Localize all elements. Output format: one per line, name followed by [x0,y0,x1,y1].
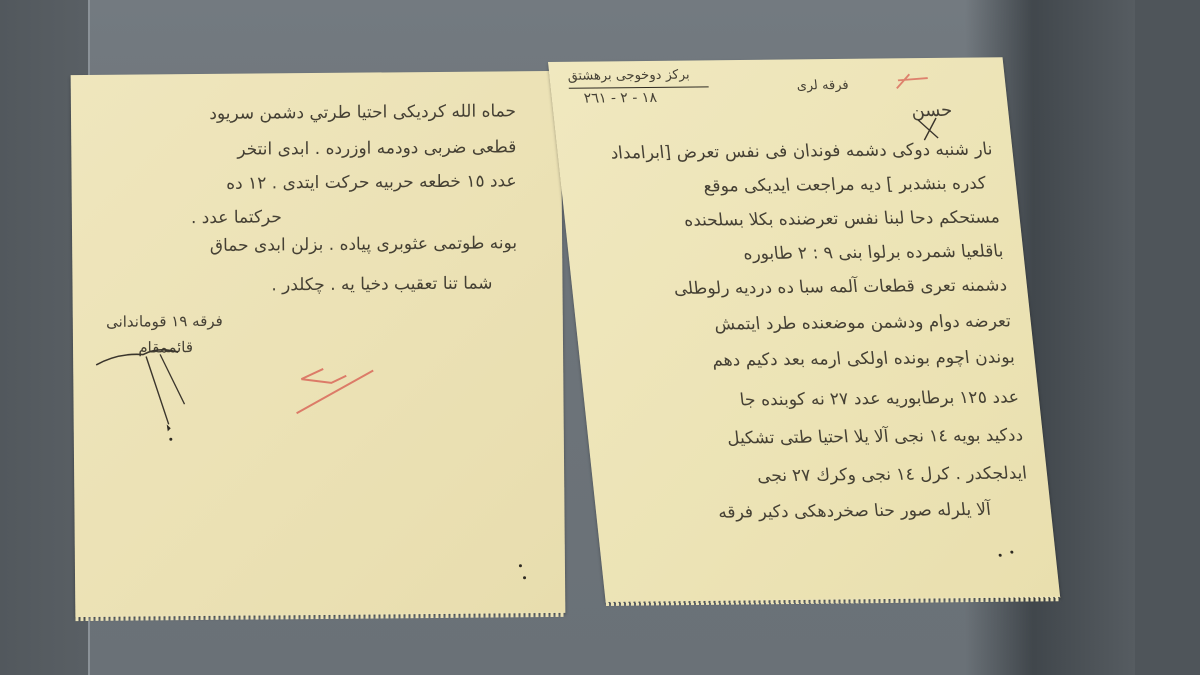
left-document-text: حماه الله كرديكى احتيا طرتي دشمن سريود ق… [101,89,521,93]
text-line: دشمنه تعرى قطعات آلمه سبا ده درديه رلوطل… [673,277,1008,297]
text-line: ددكيد بويه ١٤ نجى آلا يلا احتيا طتى تشكي… [726,427,1024,447]
signature-icon [88,344,199,445]
text-line: حماه الله كرديكى احتيا طرتي دشمن سريود [209,103,516,123]
header-title: بركز دوخوجى برهشتق [567,69,690,83]
text-line: كدره بنشدبر ] ديه مراجعت ايديكى موقع [702,176,987,196]
ink-dot [1010,551,1013,554]
ink-dot [519,564,522,567]
text-line: بونه طوتمى عثوبرى پياده . بزلن ابدى حماق [210,235,517,255]
text-line: تعرضه دوام ودشمن موضعنده طرد ايتمش [713,313,1011,333]
header-center: فرقه لرى [796,79,849,93]
text-line: قطعى ضربى دودمه اوزرده . ابدى انتخر [237,139,516,158]
text-line: حركتما عدد . [191,209,282,227]
signature-unit: فرقه ١٩ قوماندانى [106,314,223,330]
ink-dot [999,554,1002,557]
header-date: ١٨ - ٢ - ٢٦١ [583,91,657,106]
text-line: شما تنا تعقيب دخيا يه . چكلدر . [271,275,492,294]
text-line: ايدلجكدر . كرل ١٤ نجى وكرك ٢٧ نجى [756,465,1028,485]
text-line: مستحكم دحا لبنا نفس تعرضنده بكلا بسلحنده [683,209,1000,229]
red-check-mark-icon [291,360,382,421]
right-document: بركز دوخوجى برهشتق ١٨ - ٢ - ٢٦١ فرقه لرى… [548,57,1060,602]
text-line: باقلعيا شمرده برلوا بنى ٩ : ٢ طابوره [743,243,1005,263]
text-line: نار شنبه دوكى دشمه فوندان فى نفس تعرض [ا… [610,141,994,162]
text-line: عدد ١٥ خطعه حربيه حركت ايتدى . ١٢ ده [226,173,517,193]
header-underline [569,86,709,88]
text-line: آلا يلرله صور حنا صخردهكى دكير فرقه [717,502,991,522]
background-right [1135,0,1200,675]
text-line: بوندن اچوم بونده اولكى ارمه بعد دكيم دهم [711,349,1015,369]
left-document: حماه الله كرديكى احتيا طرتي دشمن سريود ق… [71,71,566,617]
text-line: عدد ١٢٥ برطابوريه عدد ٢٧ نه كوبنده جا [739,389,1020,409]
red-check-mark-icon [888,66,941,97]
ink-dot [523,576,526,579]
